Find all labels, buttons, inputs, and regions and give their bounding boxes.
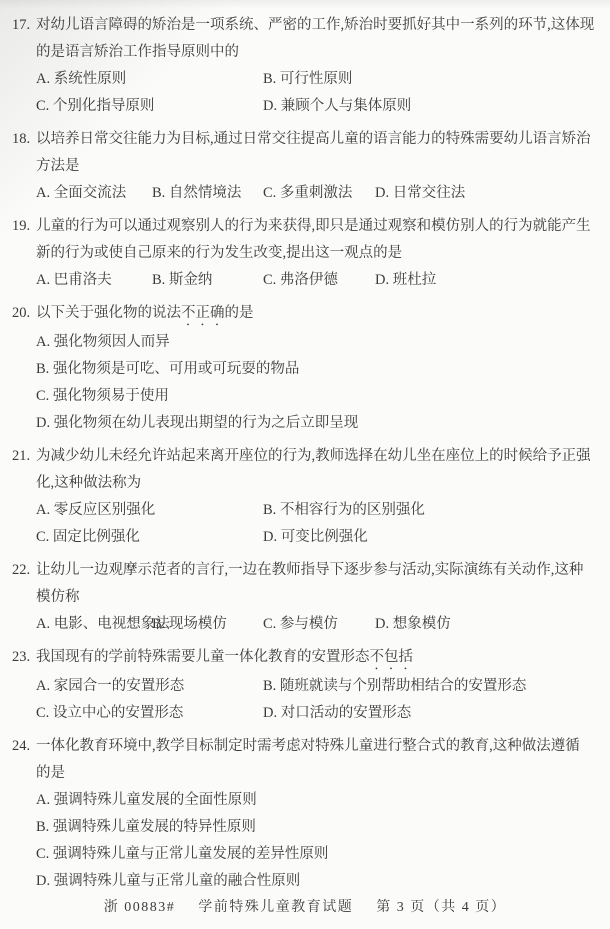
page-footer: 浙 00883# 学前特殊儿童教育试题 第 3 页（共 4 页） — [0, 896, 610, 916]
option-A: A. 零反应区别强化 — [36, 497, 263, 524]
question-text: 对幼儿语言障碍的矫治是一项系统、严密的工作,矫治时要抓好其中一系列的环节,这体现 — [36, 17, 594, 33]
option-B: B. 强调特殊儿童发展的特异性原则 — [36, 814, 604, 841]
question-text-after: 的是 — [225, 305, 254, 321]
question-17: 17.对幼儿语言障碍的矫治是一项系统、严密的工作,矫治时要抓好其中一系列的环节,… — [12, 12, 604, 120]
options: A. 强化物须因人而异B. 强化物须是可吃、可用或可玩耍的物品C. 强化物须易于… — [12, 329, 604, 437]
option-C: C. 多重刺激法 — [263, 180, 375, 207]
option-B: B. 自然情境法 — [152, 180, 263, 207]
option-D: D. 日常交往法 — [375, 180, 604, 207]
question-stem: 20.以下关于强化物的说法不正确的是 — [12, 300, 604, 329]
question-stem: 22.让幼儿一边观摩示范者的言行,一边在教师指导下逐步参与活动,实际演练有关动作… — [12, 557, 604, 584]
options: A. 电影、电视想象法B. 现场模仿C. 参与模仿D. 想象模仿 — [12, 611, 604, 638]
option-B: B. 不相容行为的区别强化 — [263, 497, 604, 524]
options: A. 系统性原则B. 可行性原则C. 个别化指导原则D. 兼顾个人与集体原则 — [12, 66, 604, 120]
question-stem-continued: 方法是 — [12, 153, 604, 180]
question-24: 24.一体化教育环境中,教学目标制定时需考虑对特殊儿童进行整合式的教育,这种做法… — [12, 733, 604, 895]
question-number: 22. — [12, 557, 36, 584]
question-text: 以下关于强化物的说法不正确的是 — [36, 305, 254, 321]
question-22: 22.让幼儿一边观摩示范者的言行,一边在教师指导下逐步参与活动,实际演练有关动作… — [12, 557, 604, 638]
question-text: 模仿称 — [36, 589, 80, 605]
option-C: C. 设立中心的安置形态 — [36, 700, 263, 727]
question-21: 21.为减少幼儿未经允许站起来离开座位的行为,教师选择在幼儿坐在座位上的时候给予… — [12, 443, 604, 551]
emphasized-text: 不正确 — [181, 305, 225, 321]
question-text: 以培养日常交往能力为目标,通过日常交往提高儿童的语言能力的特殊需要幼儿语言矫治 — [36, 131, 591, 147]
question-number: 19. — [12, 213, 36, 240]
question-text: 为减少幼儿未经允许站起来离开座位的行为,教师选择在幼儿坐在座位上的时候给予正强 — [36, 448, 591, 464]
question-stem: 17.对幼儿语言障碍的矫治是一项系统、严密的工作,矫治时要抓好其中一系列的环节,… — [12, 12, 604, 39]
exam-title: 学前特殊儿童教育试题 — [198, 900, 353, 915]
options: A. 强调特殊儿童发展的全面性原则B. 强调特殊儿童发展的特异性原则C. 强调特… — [12, 787, 604, 895]
option-C: C. 强化物须易于使用 — [36, 383, 604, 410]
question-19: 19.儿童的行为可以通过观察别人的行为来获得,即只是通过观察和模仿别人的行为就能… — [12, 213, 604, 294]
question-stem: 18.以培养日常交往能力为目标,通过日常交往提高儿童的语言能力的特殊需要幼儿语言… — [12, 126, 604, 153]
question-number: 23. — [12, 644, 36, 671]
option-D: D. 强调特殊儿童与正常儿童的融合性原则 — [36, 868, 604, 895]
question-number: 21. — [12, 443, 36, 470]
option-D: D. 可变比例强化 — [263, 524, 604, 551]
question-number: 24. — [12, 733, 36, 760]
option-B: B. 斯金纳 — [152, 267, 263, 294]
option-A: A. 家园合一的安置形态 — [36, 673, 263, 700]
question-stem: 21.为减少幼儿未经允许站起来离开座位的行为,教师选择在幼儿坐在座位上的时候给予… — [12, 443, 604, 470]
option-B: B. 可行性原则 — [263, 66, 604, 93]
question-stem: 24.一体化教育环境中,教学目标制定时需考虑对特殊儿童进行整合式的教育,这种做法… — [12, 733, 604, 760]
option-C: C. 固定比例强化 — [36, 524, 263, 551]
option-D: D. 班杜拉 — [375, 267, 604, 294]
options: A. 全面交流法B. 自然情境法C. 多重刺激法D. 日常交往法 — [12, 180, 604, 207]
question-number: 20. — [12, 300, 36, 327]
question-text: 儿童的行为可以通过观察别人的行为来获得,即只是通过观察和模仿别人的行为就能产生 — [36, 218, 591, 234]
question-stem-continued: 的是语言矫治工作指导原则中的 — [12, 39, 604, 66]
question-text: 一体化教育环境中,教学目标制定时需考虑对特殊儿童进行整合式的教育,这种做法遵循 — [36, 738, 580, 754]
options: A. 家园合一的安置形态B. 随班就读与个别帮助相结合的安置形态C. 设立中心的… — [12, 673, 604, 727]
option-A: A. 强化物须因人而异 — [36, 329, 604, 356]
option-A: A. 巴甫洛夫 — [36, 267, 152, 294]
option-A: A. 强调特殊儿童发展的全面性原则 — [36, 787, 604, 814]
question-text: 的是 — [36, 765, 65, 781]
option-C: C. 参与模仿 — [263, 611, 375, 638]
option-C: C. 弗洛伊德 — [263, 267, 375, 294]
page-number: 第 3 页（共 4 页） — [376, 900, 506, 915]
option-B: B. 强化物须是可吃、可用或可玩耍的物品 — [36, 356, 604, 383]
question-20: 20.以下关于强化物的说法不正确的是A. 强化物须因人而异B. 强化物须是可吃、… — [12, 300, 604, 437]
exam-code: 浙 00883# — [104, 900, 176, 915]
question-stem-continued: 模仿称 — [12, 584, 604, 611]
question-stem: 19.儿童的行为可以通过观察别人的行为来获得,即只是通过观察和模仿别人的行为就能… — [12, 213, 604, 240]
option-A: A. 电影、电视想象法 — [36, 611, 152, 638]
emphasized-text: 不包括 — [370, 649, 414, 665]
question-text: 我国现有的学前特殊需要儿童一体化教育的安置形态不包括 — [36, 649, 413, 665]
question-stem-continued: 新的行为或使自己原来的行为发生改变,提出这一观点的是 — [12, 240, 604, 267]
option-A: A. 系统性原则 — [36, 66, 263, 93]
question-number: 18. — [12, 126, 36, 153]
option-B: B. 随班就读与个别帮助相结合的安置形态 — [263, 673, 604, 700]
option-C: C. 个别化指导原则 — [36, 93, 263, 120]
option-C: C. 强调特殊儿童与正常儿童发展的差异性原则 — [36, 841, 604, 868]
questions-container: 17.对幼儿语言障碍的矫治是一项系统、严密的工作,矫治时要抓好其中一系列的环节,… — [12, 12, 604, 895]
question-stem: 23.我国现有的学前特殊需要儿童一体化教育的安置形态不包括 — [12, 644, 604, 673]
question-text-before: 以下关于强化物的说法 — [36, 305, 181, 321]
options: A. 零反应区别强化B. 不相容行为的区别强化C. 固定比例强化D. 可变比例强… — [12, 497, 604, 551]
option-D: D. 想象模仿 — [375, 611, 604, 638]
option-D: D. 对口活动的安置形态 — [263, 700, 604, 727]
option-D: D. 强化物须在幼儿表现出期望的行为之后立即呈现 — [36, 410, 604, 437]
question-text: 让幼儿一边观摩示范者的言行,一边在教师指导下逐步参与活动,实际演练有关动作,这种 — [36, 562, 583, 578]
question-text: 方法是 — [36, 158, 80, 174]
exam-page: 17.对幼儿语言障碍的矫治是一项系统、严密的工作,矫治时要抓好其中一系列的环节,… — [0, 0, 610, 895]
question-23: 23.我国现有的学前特殊需要儿童一体化教育的安置形态不包括A. 家园合一的安置形… — [12, 644, 604, 727]
question-text: 新的行为或使自己原来的行为发生改变,提出这一观点的是 — [36, 245, 402, 261]
question-stem-continued: 化,这种做法称为 — [12, 470, 604, 497]
question-number: 17. — [12, 12, 36, 39]
question-text-before: 我国现有的学前特殊需要儿童一体化教育的安置形态 — [36, 649, 370, 665]
question-18: 18.以培养日常交往能力为目标,通过日常交往提高儿童的语言能力的特殊需要幼儿语言… — [12, 126, 604, 207]
option-D: D. 兼顾个人与集体原则 — [263, 93, 604, 120]
question-stem-continued: 的是 — [12, 760, 604, 787]
option-B: B. 现场模仿 — [152, 611, 263, 638]
question-text: 化,这种做法称为 — [36, 475, 141, 491]
question-text: 的是语言矫治工作指导原则中的 — [36, 44, 239, 60]
option-A: A. 全面交流法 — [36, 180, 152, 207]
options: A. 巴甫洛夫B. 斯金纳C. 弗洛伊德D. 班杜拉 — [12, 267, 604, 294]
